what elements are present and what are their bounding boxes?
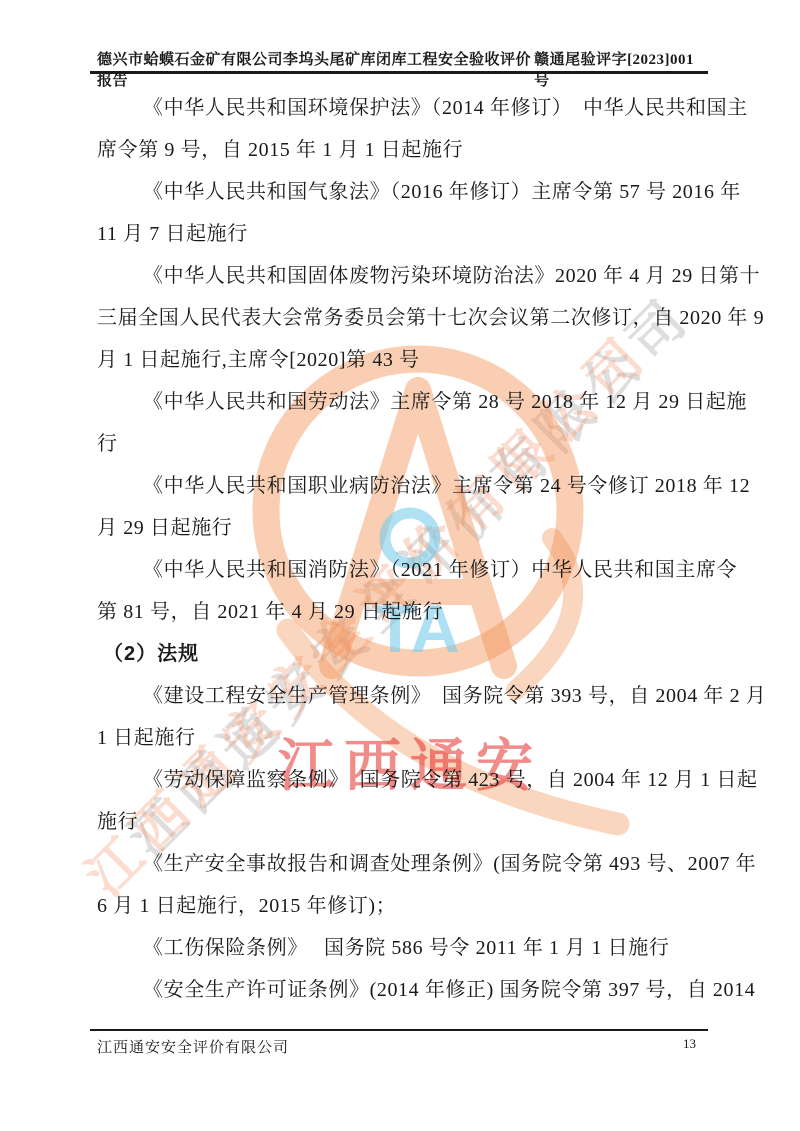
body-line: 《中华人民共和国职业病防治法》主席令第 24 号令修订 2018 年 12 — [97, 465, 707, 507]
body-line: 《中华人民共和国固体废物污染环境防治法》2020 年 4 月 29 日第十 — [97, 255, 707, 297]
body-line: 三届全国人民代表大会常务委员会第十七次会议第二次修订，自 2020 年 9 — [97, 297, 707, 339]
body-line: 《安全生产许可证条例》(2014 年修正) 国务院令第 397 号，自 2014 — [97, 969, 707, 1011]
body-line: 《建设工程安全生产管理条例》 国务院令第 393 号，自 2004 年 2 月 — [97, 675, 707, 717]
header-rule — [90, 71, 708, 74]
body-line: 《中华人民共和国气象法》（2016 年修订）主席令第 57 号 2016 年 — [97, 171, 707, 213]
document-page: 江西通安安全评价有限公司 江西通安安全评价有限公司 TA 江西通安 德兴市蛤蟆石… — [0, 0, 800, 1131]
body-line: 6 月 1 日起施行，2015 年修订)； — [97, 885, 707, 927]
footer-rule — [90, 1029, 708, 1031]
page-header: 德兴市蛤蟆石金矿有限公司李坞头尾矿库闭库工程安全验收评价报告 赣通尾验评字[20… — [97, 48, 703, 90]
header-document-number: 赣通尾验评字[2023]001 号 — [534, 48, 703, 90]
body-line: 1 日起施行 — [97, 717, 707, 759]
footer-company-name: 江西通安安全评价有限公司 — [97, 1036, 289, 1057]
body-line: 《劳动保障监察条例》 国务院令第 423 号，自 2004 年 12 月 1 日… — [97, 759, 707, 801]
body-line: 席令第 9 号，自 2015 年 1 月 1 日起施行 — [97, 129, 707, 171]
body-line: 月 1 日起施行,主席令[2020]第 43 号 — [97, 339, 707, 381]
page-number: 13 — [683, 1036, 696, 1052]
body-line: 月 29 日起施行 — [97, 507, 707, 549]
body-line: 《生产安全事故报告和调查处理条例》(国务院令第 493 号、2007 年 — [97, 843, 707, 885]
body-line: 11 月 7 日起施行 — [97, 213, 707, 255]
body-text: 《中华人民共和国环境保护法》（2014 年修订） 中华人民共和国主席令第 9 号… — [97, 87, 707, 1011]
body-line: 第 81 号，自 2021 年 4 月 29 日起施行 — [97, 591, 707, 633]
body-line: 《中华人民共和国环境保护法》（2014 年修订） 中华人民共和国主 — [97, 87, 707, 129]
header-report-title: 德兴市蛤蟆石金矿有限公司李坞头尾矿库闭库工程安全验收评价报告 — [97, 48, 534, 90]
body-line: 《中华人民共和国消防法》（2021 年修订）中华人民共和国主席令 — [97, 549, 707, 591]
section-heading: （2）法规 — [97, 633, 707, 675]
body-line: 施行 — [97, 801, 707, 843]
body-line: 行 — [97, 423, 707, 465]
body-line: 《工伤保险条例》 国务院 586 号令 2011 年 1 月 1 日施行 — [97, 927, 707, 969]
body-line: 《中华人民共和国劳动法》主席令第 28 号 2018 年 12 月 29 日起施 — [97, 381, 707, 423]
